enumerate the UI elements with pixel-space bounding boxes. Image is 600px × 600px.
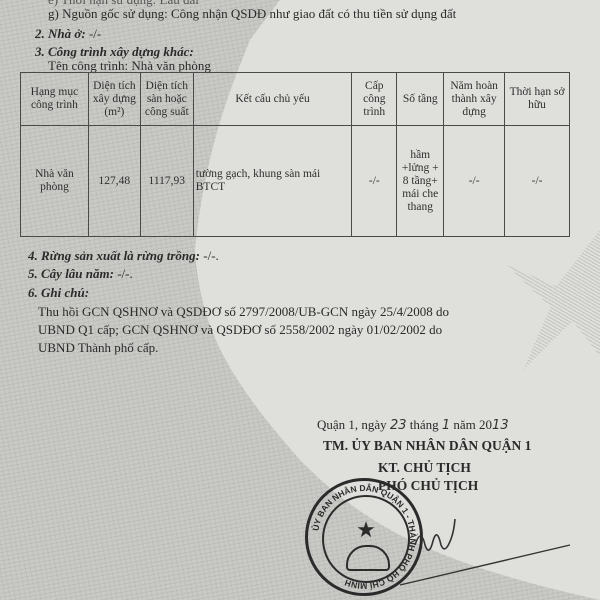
section-2-label: 2. Nhà ở: [35,26,86,41]
section-6-label: 6. Ghi chú: [28,285,89,300]
header-dien-tich-xay-dung: Diện tích xây dựng (m²) [88,73,140,126]
year-label: năm 20 [453,417,492,432]
cogwheel-emblem-icon [346,545,390,571]
cell-so-tang: hầm +lửng + 8 tầng+ mái che thang [397,126,444,237]
table-row: Nhà văn phòng 127,48 1117,93 tường gạch,… [21,126,570,237]
section-4: 4. Rừng sản xuất là rừng trồng: -/-. [28,248,219,263]
kt-line: KT. CHỦ TỊCH [378,460,471,476]
header-cap-cong-trinh: Cấp công trình [352,73,397,126]
table-header-row: Hạng mục công trình Diện tích xây dựng (… [21,73,570,126]
header-nam-hoan-thanh: Năm hoàn thành xây dựng [444,73,505,126]
construction-works-table: Hạng mục công trình Diện tích xây dựng (… [20,72,570,237]
header-thoi-han: Thời hạn sở hữu [505,73,570,126]
cell-cap-cong-trinh: -/- [352,126,397,237]
place-date-prefix: Quận 1, ngày [317,417,387,432]
cell-dien-tich-xay-dung: 127,48 [88,126,140,237]
section-4-label: 4. Rừng sản xuất là rừng trồng: [28,248,200,263]
place-date-line: Quận 1, ngày 23 tháng 1 năm 2013 [317,417,509,433]
section-5-value: -/-. [117,266,133,281]
section-5-label: 5. Cây lâu năm: [28,266,114,281]
cell-dien-tich-san: 1117,93 [140,126,193,237]
cell-ket-cau: tường gạch, khung sàn mái BTCT [193,126,352,237]
cell-hang-muc: Nhà văn phòng [21,126,89,237]
header-hang-muc: Hạng mục công trình [21,73,89,126]
date-month: 1 [442,418,450,433]
section-5: 5. Cây lâu năm: -/-. [28,266,133,281]
header-so-tang: Số tầng [397,73,444,126]
cell-nam-hoan-thanh: -/- [444,126,505,237]
org-line: TM. ỦY BAN NHÂN DÂN QUẬN 1 [323,438,531,454]
note-line-3: UBND Thành phố cấp. [38,340,158,355]
section-3-name-line: Tên công trình: Nhà văn phòng [48,58,211,73]
header-dien-tich-san: Diện tích sàn hoặc công suất [140,73,193,126]
section-1-item-g: g) Nguồn gốc sử dụng: Công nhận QSDĐ như… [48,6,456,21]
handwritten-signature [395,515,575,595]
header-ket-cau: Kết cấu chủ yếu [193,73,352,126]
section-4-value: -/-. [203,248,219,263]
month-label: tháng [410,417,439,432]
cell-thoi-han: -/- [505,126,570,237]
section-3-label: 3. Công trình xây dựng khác: [35,44,194,59]
note-line-1: Thu hồi GCN QSHNƠ và QSDĐƠ số 2797/2008/… [38,304,449,319]
note-line-2: UBND Q1 cấp; GCN QSHNƠ và QSDĐƠ số 2558/… [38,322,442,337]
section-2-value: -/- [89,26,101,41]
section-2: 2. Nhà ở: -/- [35,26,101,41]
date-day: 23 [390,418,407,433]
date-year-suffix: 13 [492,418,509,433]
